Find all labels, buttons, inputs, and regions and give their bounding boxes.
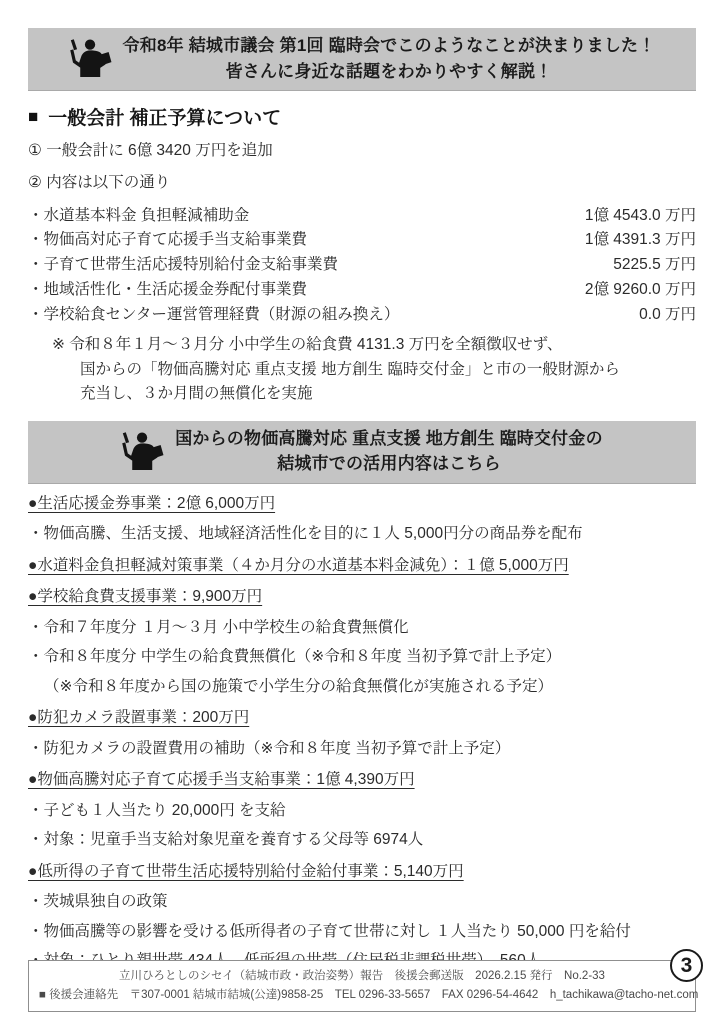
section-heading-general-account: ■ 一般会計 補正予算について xyxy=(28,103,696,130)
program-heading-seikatsu-kinken: ●生活応援金券事業：2億 6,000万円 xyxy=(28,493,696,515)
program-bullet: ・令和８年度分 中学生の給食費無償化（※令和８年度 当初予算で計上予定） xyxy=(28,646,696,668)
program-bullet: ・物価高騰、生活支援、地域経済活性化を目的に１人 5,000円分の商品券を配布 xyxy=(28,523,696,545)
page-content: 令和8年 結城市議会 第1回 臨時会でこのようなことが決まりました！ 皆さんに身… xyxy=(0,0,724,972)
headline-banner-1: 令和8年 結城市議会 第1回 臨時会でこのようなことが決まりました！ 皆さんに身… xyxy=(28,28,696,91)
program-bullet: ・対象：児童手当支給対象児童を養育する父母等 6974人 xyxy=(28,829,696,851)
banner1-line2: 皆さんに身近な話題をわかりやすく解説！ xyxy=(226,62,553,81)
program-heading-kyushoku: ●学校給食費支援事業：9,900万円 xyxy=(28,586,696,608)
headline-banner-1-text: 令和8年 結城市議会 第1回 臨時会でこのようなことが決まりました！ 皆さんに身… xyxy=(123,33,656,84)
budget-row: ・水道基本料金 負担軽減補助金 1億 4543.0 万円 xyxy=(28,204,696,229)
program-heading-text: ●水道料金負担軽減対策事業（４か月分の水道基本料金減免）：１億 5,000万円 xyxy=(28,557,569,574)
program-heading-text: ●物価高騰対応子育て応援手当支給事業：1億 4,390万円 xyxy=(28,771,415,788)
banner1-line1: 令和8年 結城市議会 第1回 臨時会でこのようなことが決まりました！ xyxy=(123,36,656,55)
budget-label: ・水道基本料金 負担軽減補助金 xyxy=(28,204,249,229)
program-bullet: ・茨城県独自の政策 xyxy=(28,891,696,913)
budget-amount: 5225.5 万円 xyxy=(601,253,696,278)
newsletter-page: 令和8年 結城市議会 第1回 臨時会でこのようなことが決まりました！ 皆さんに身… xyxy=(0,0,724,1024)
orator-icon xyxy=(69,37,113,82)
program-heading-teishotoku-kyufu: ●低所得の子育て世帯生活応援特別給付金給付事業：5,140万円 xyxy=(28,861,696,883)
budget-label: ・子育て世帯生活応援特別給付金支給事業費 xyxy=(28,253,338,278)
footer-box: 立川ひろとしのシセイ（結城市政・政治姿勢）報告 後援会郵送版 2026.2.15… xyxy=(28,960,696,1012)
numbered-line-2: ② 内容は以下の通り xyxy=(28,171,696,194)
headline-banner-2: 国からの物価高騰対応 重点支援 地方創生 臨時交付金の 結城市での活用内容はこち… xyxy=(28,421,696,484)
banner2-line1: 国からの物価高騰対応 重点支援 地方創生 臨時交付金の xyxy=(175,429,603,448)
program-bullet: ・防犯カメラの設置費用の補助（※令和８年度 当初予算で計上予定） xyxy=(28,738,696,760)
budget-amount: 2億 9260.0 万円 xyxy=(573,278,696,303)
budget-label: ・物価高対応子育て応援手当支給事業費 xyxy=(28,228,307,253)
budget-row: ・地域活性化・生活応援金券配付事業費 2億 9260.0 万円 xyxy=(28,278,696,303)
budget-amount: 1億 4391.3 万円 xyxy=(573,228,696,253)
note-line: 充当し、３か月間の無償化を実施 xyxy=(28,382,696,406)
budget-label: ・地域活性化・生活応援金券配付事業費 xyxy=(28,278,307,303)
program-heading-text: ●低所得の子育て世帯生活応援特別給付金給付事業：5,140万円 xyxy=(28,863,464,880)
program-heading-kosodate-teate: ●物価高騰対応子育て応援手当支給事業：1億 4,390万円 xyxy=(28,769,696,791)
note-block: ※ 令和８年１月～３月分 小中学生の給食費 4131.3 万円を全額徴収せず、 … xyxy=(28,333,696,406)
note-line: 国からの「物価高騰対応 重点支援 地方創生 臨時交付金」と市の一般財源から xyxy=(28,358,696,382)
banner2-line2: 結城市での活用内容はこちら xyxy=(277,454,501,473)
program-list: ●生活応援金券事業：2億 6,000万円 ・物価高騰、生活支援、地域経済活性化を… xyxy=(28,493,696,973)
program-heading-text: ●学校給食費支援事業：9,900万円 xyxy=(28,588,262,605)
footer-contact-line: ■ 後援会連絡先 〒307-0001 結城市結城(公達)9858-25 TEL … xyxy=(39,986,685,1004)
program-heading-bohan-camera: ●防犯カメラ設置事業：200万円 xyxy=(28,707,696,729)
budget-row: ・子育て世帯生活応援特別給付金支給事業費 5225.5 万円 xyxy=(28,253,696,278)
headline-banner-2-inner: 国からの物価高騰対応 重点支援 地方創生 臨時交付金の 結城市での活用内容はこち… xyxy=(121,426,603,477)
square-bullet-icon: ■ xyxy=(28,108,38,125)
program-heading-text: ●生活応援金券事業：2億 6,000万円 xyxy=(28,495,275,512)
budget-row: ・物価高対応子育て応援手当支給事業費 1億 4391.3 万円 xyxy=(28,228,696,253)
footer-publication-line: 立川ひろとしのシセイ（結城市政・政治姿勢）報告 後援会郵送版 2026.2.15… xyxy=(39,967,685,985)
budget-label: ・学校給食センター運営管理経費（財源の組み換え） xyxy=(28,303,399,328)
orator-icon xyxy=(121,430,165,475)
program-bullet: ・物価高騰等の影響を受ける低所得者の子育て世帯に対し １人当たり 50,000 … xyxy=(28,921,696,943)
program-heading-text: ●防犯カメラ設置事業：200万円 xyxy=(28,709,249,726)
headline-banner-2-text: 国からの物価高騰対応 重点支援 地方創生 臨時交付金の 結城市での活用内容はこち… xyxy=(175,426,603,477)
budget-item-list: ・水道基本料金 負担軽減補助金 1億 4543.0 万円 ・物価高対応子育て応援… xyxy=(28,204,696,328)
program-heading-suido: ●水道料金負担軽減対策事業（４か月分の水道基本料金減免）：１億 5,000万円 xyxy=(28,555,696,577)
program-bullet-note: （※令和８年度から国の施策で小学生分の給食無償化が実施される予定） xyxy=(28,676,696,698)
budget-amount: 0.0 万円 xyxy=(627,303,696,328)
numbered-line-1: ① 一般会計に 6億 3420 万円を追加 xyxy=(28,139,696,162)
note-line: ※ 令和８年１月～３月分 小中学生の給食費 4131.3 万円を全額徴収せず、 xyxy=(28,333,696,357)
headline-banner-1-inner: 令和8年 結城市議会 第1回 臨時会でこのようなことが決まりました！ 皆さんに身… xyxy=(69,33,656,84)
section-heading-text: 一般会計 補正予算について xyxy=(48,103,281,130)
program-bullet: ・令和７年度分 １月～３月 小中学校生の給食費無償化 xyxy=(28,617,696,639)
budget-row: ・学校給食センター運営管理経費（財源の組み換え） 0.0 万円 xyxy=(28,303,696,328)
program-bullet: ・子ども１人当たり 20,000円 を支給 xyxy=(28,800,696,822)
page-number-badge: 3 xyxy=(670,949,703,982)
budget-amount: 1億 4543.0 万円 xyxy=(573,204,696,229)
